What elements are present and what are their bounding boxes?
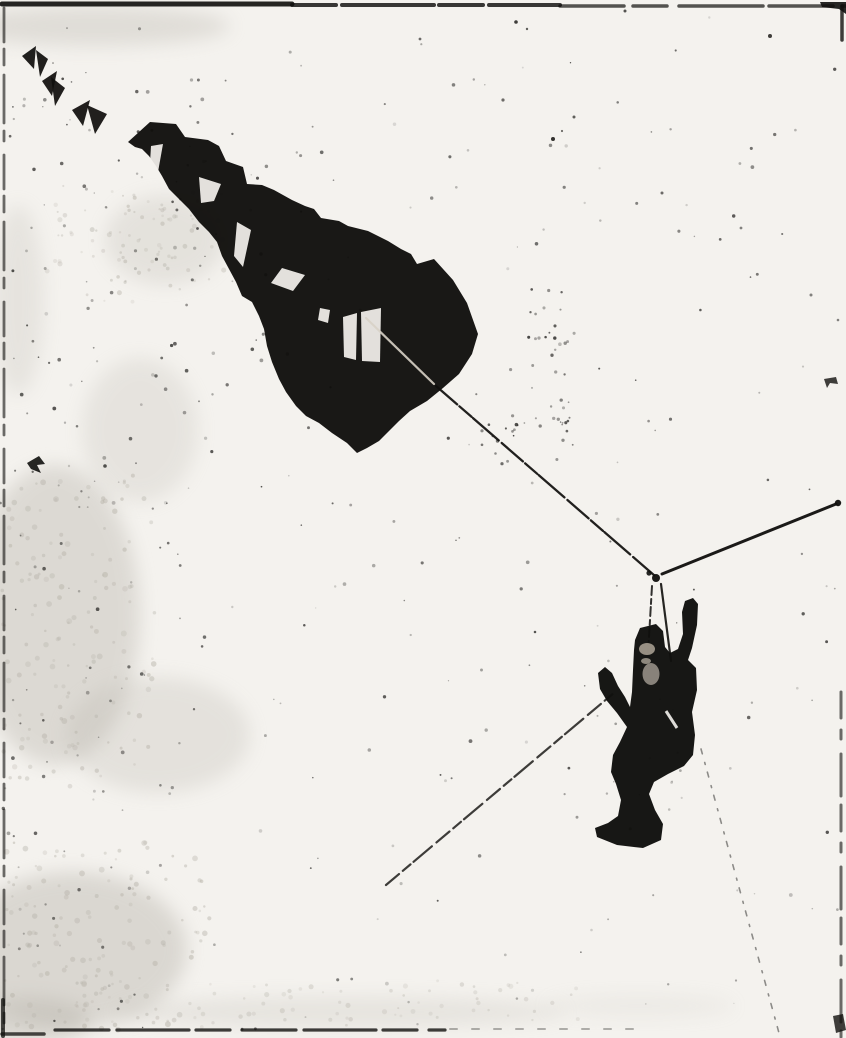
mottle-speck	[69, 231, 72, 234]
grain-speck	[171, 201, 174, 204]
mottle-speck	[44, 577, 49, 582]
grain-speck	[652, 894, 654, 896]
mottle-speck	[28, 573, 31, 576]
mottle-speck	[86, 293, 89, 296]
grain-speck	[140, 672, 144, 676]
ink-dot	[837, 319, 840, 322]
mottle-speck	[117, 258, 121, 262]
ink-dot	[561, 130, 563, 132]
mottle-speck	[15, 561, 19, 565]
mottle-speck	[166, 988, 169, 991]
mottle-speck	[79, 870, 85, 876]
grain-speck	[534, 337, 537, 340]
grain-speck	[590, 929, 593, 932]
grain-speck	[177, 553, 179, 555]
grain-speck	[23, 98, 26, 101]
mottle-speck	[82, 1008, 86, 1012]
grain-speck	[141, 176, 143, 178]
grain-speck	[127, 665, 130, 668]
grain-speck	[500, 462, 503, 465]
grain-speck	[735, 979, 737, 981]
mottle-speck	[35, 656, 40, 661]
mottle-speck	[345, 1024, 348, 1027]
grain-speck	[261, 486, 263, 488]
mottle-speck	[147, 200, 150, 203]
mottle-speck	[131, 300, 135, 304]
grain-speck	[305, 1016, 307, 1018]
mottle-speck	[19, 487, 23, 491]
grain-speck	[833, 68, 836, 71]
grain-speck	[196, 227, 199, 230]
mottle-speck	[439, 1004, 443, 1008]
grain-speck	[517, 246, 518, 247]
mottle-speck	[65, 965, 68, 968]
mottle-speck	[61, 718, 67, 724]
mottle-speck	[95, 769, 99, 773]
mottle-speck	[76, 1005, 79, 1008]
mottle-speck	[76, 1001, 78, 1003]
mottle-speck	[133, 739, 136, 742]
ink-dot	[835, 500, 841, 506]
mottle-speck	[45, 971, 50, 976]
ink-dot	[419, 38, 422, 41]
mottle-speck	[99, 992, 102, 995]
mottle-speck	[125, 677, 128, 680]
mottle-speck	[476, 1001, 480, 1005]
grain-speck	[256, 339, 257, 340]
mottle-speck	[54, 684, 58, 688]
mottle-speck	[80, 766, 84, 770]
grain-speck	[522, 67, 524, 69]
mottle-speck	[57, 211, 59, 213]
grain-speck	[94, 192, 96, 194]
ink-dot	[661, 192, 664, 195]
mottle-speck	[339, 990, 342, 993]
mottle-speck	[192, 856, 198, 862]
ink-dot	[652, 574, 660, 582]
grain-speck	[61, 77, 64, 80]
mottle-speck	[82, 994, 86, 998]
mottle-speck	[74, 496, 79, 501]
mottle-speck	[80, 957, 86, 963]
ink-dot	[526, 28, 528, 30]
mottle-speck	[103, 986, 107, 990]
mottle-speck	[119, 231, 121, 233]
grain-speck	[560, 291, 562, 293]
mottle-speck	[145, 846, 149, 850]
mottle-speck	[576, 1017, 580, 1021]
grain-speck	[458, 537, 460, 539]
mottle-speck	[394, 1014, 396, 1016]
grain-speck	[812, 908, 814, 910]
mottle-speck	[61, 234, 63, 236]
grain-speck	[109, 700, 112, 703]
grain-speck	[584, 685, 586, 687]
mottle-speck	[101, 249, 105, 253]
mottle-speck	[40, 479, 46, 485]
grain-speck	[669, 128, 671, 130]
mottle-speck	[125, 484, 129, 488]
mottle-speck	[92, 255, 95, 258]
mottle-speck	[411, 1009, 416, 1014]
grain-speck	[668, 808, 671, 811]
mottle-speck	[139, 238, 141, 240]
grain-speck	[50, 741, 53, 744]
grain-speck	[128, 887, 131, 890]
grain-speck	[564, 342, 567, 345]
grain-speck	[18, 866, 20, 868]
grain-speck	[134, 249, 137, 252]
grain-speck	[53, 1020, 55, 1022]
mottle-speck	[550, 1001, 554, 1005]
mottle-speck	[71, 743, 75, 747]
grain-speck	[20, 393, 24, 397]
grain-speck	[635, 202, 638, 205]
grain-speck	[448, 680, 449, 681]
grain-speck	[173, 246, 177, 250]
mottle-speck	[152, 961, 157, 966]
grain-speck	[11, 269, 14, 272]
grain-speck	[802, 366, 804, 368]
mottle-speck	[166, 984, 169, 987]
mottle-speck	[153, 611, 157, 615]
grain-speck	[416, 1023, 418, 1025]
mottle-speck	[86, 485, 91, 490]
mottle-speck	[94, 992, 98, 996]
grain-speck	[750, 147, 753, 150]
mottle-speck	[52, 769, 56, 773]
mottle-speck	[181, 919, 184, 922]
mottle-speck	[137, 713, 142, 718]
grain-speck	[159, 547, 161, 549]
grain-speck	[336, 978, 339, 981]
mottle-speck	[59, 584, 65, 590]
grain-speck	[738, 162, 741, 165]
grain-speck	[231, 606, 233, 608]
grain-speck	[667, 983, 669, 985]
grain-speck	[260, 359, 264, 363]
grain-speck	[677, 230, 680, 233]
grain-speck	[537, 336, 540, 339]
grain-speck	[310, 867, 312, 869]
grain-speck	[647, 420, 650, 423]
mottle-speck	[163, 207, 167, 211]
grain-speck	[87, 506, 89, 508]
grain-speck	[747, 716, 751, 720]
grain-speck	[527, 336, 530, 339]
mottle-speck	[134, 882, 139, 887]
grain-speck	[69, 383, 72, 386]
grain-speck	[193, 247, 196, 250]
man-face-highlight	[639, 643, 655, 655]
grain-speck	[562, 406, 565, 409]
mottle-speck	[428, 989, 431, 992]
mottle-speck	[25, 942, 30, 947]
mottle-speck	[33, 604, 37, 608]
mottle-speck	[246, 1011, 251, 1016]
grain-speck	[264, 734, 267, 737]
grain-speck	[767, 479, 770, 482]
grain-speck	[44, 903, 46, 905]
mottle-speck	[264, 992, 269, 997]
grain-speck	[332, 502, 334, 504]
grain-speck	[102, 456, 106, 460]
grain-speck	[377, 918, 379, 920]
grain-speck	[146, 90, 150, 94]
mottle-speck	[151, 661, 157, 667]
grain-speck	[14, 470, 16, 472]
grain-speck	[92, 798, 94, 800]
grain-speck	[616, 585, 618, 587]
grain-speck	[189, 105, 191, 107]
mottle-speck	[59, 916, 63, 920]
mottle-speck	[199, 939, 202, 942]
grain-speck	[204, 437, 207, 440]
mottle-speck	[49, 542, 52, 545]
mottle-speck	[127, 918, 132, 923]
grain-speck	[105, 206, 108, 209]
mottle-speck	[119, 251, 122, 254]
grain-speck	[43, 98, 47, 102]
grain-speck	[568, 767, 571, 770]
grain-speck	[754, 893, 755, 894]
mottle-speck	[120, 497, 123, 500]
mottle-speck	[335, 1012, 339, 1016]
mottle-speck	[91, 654, 96, 659]
grain-speck	[185, 369, 189, 373]
grain-speck	[108, 984, 111, 987]
grain-speck	[481, 443, 484, 446]
grain-speck	[42, 106, 43, 107]
grain-speck	[568, 417, 570, 419]
mottle-speck	[50, 664, 56, 670]
mottle-speck	[100, 500, 104, 504]
grain-speck	[729, 767, 732, 770]
mottle-speck	[190, 215, 192, 217]
mottle-speck	[193, 1016, 196, 1019]
mottle-speck	[34, 574, 39, 579]
grain-speck	[135, 90, 138, 93]
mottle-speck	[192, 906, 197, 911]
mottle-speck	[54, 855, 57, 858]
mottle-speck	[132, 194, 135, 197]
mottle-speck	[46, 601, 52, 607]
mottle-speck	[112, 509, 117, 514]
grain-speck	[488, 423, 491, 426]
mottle-speck	[160, 203, 163, 206]
grain-speck	[32, 471, 34, 473]
mottle-speck	[39, 973, 44, 978]
grain-speck	[97, 1008, 99, 1010]
ink-dot	[810, 294, 813, 297]
grain-speck	[392, 845, 395, 848]
mottle-speck	[28, 765, 32, 769]
mottle-speck	[172, 1018, 177, 1023]
mottle-speck	[99, 775, 102, 778]
grain-speck	[751, 165, 755, 169]
mottle-speck	[166, 267, 170, 271]
grain-speck	[60, 542, 63, 545]
mottle-speck	[27, 1002, 33, 1008]
grain-speck	[573, 332, 576, 335]
mottle-speck	[158, 251, 160, 253]
mottle-speck	[74, 918, 80, 924]
grain-speck	[564, 144, 567, 147]
mottle-speck	[175, 215, 179, 219]
ink-dot	[103, 464, 107, 468]
grain-speck	[516, 997, 518, 999]
grain-speck	[607, 918, 609, 920]
mottle-patch	[66, 677, 250, 793]
grain-speck	[517, 424, 519, 426]
grain-speck	[534, 631, 537, 634]
grain-speck	[550, 354, 553, 357]
mottle-speck	[147, 673, 151, 677]
mottle-speck	[64, 750, 68, 754]
mottle-speck	[107, 879, 110, 882]
grain-speck	[96, 360, 98, 362]
mottle-speck	[95, 715, 99, 719]
mottle-speck	[107, 741, 109, 743]
photograph-canvas	[0, 0, 846, 1038]
grain-speck	[552, 417, 555, 420]
grain-speck	[513, 435, 515, 437]
mottle-speck	[186, 268, 190, 272]
grain-speck	[789, 893, 793, 897]
grain-speck	[78, 506, 80, 508]
grain-speck	[121, 688, 123, 690]
grain-speck	[77, 888, 80, 891]
mottle-speck	[156, 253, 159, 256]
grain-speck	[560, 398, 563, 401]
grain-speck	[570, 62, 571, 63]
mottle-speck	[73, 643, 76, 646]
kite-vent-window	[361, 308, 381, 362]
mottle-speck	[35, 865, 37, 867]
mottle-speck	[436, 979, 439, 982]
mottle-speck	[191, 950, 195, 954]
grain-speck	[530, 288, 533, 291]
mottle-speck	[137, 271, 141, 275]
grain-speck	[430, 196, 433, 199]
grain-speck	[473, 78, 475, 80]
grain-speck	[101, 946, 104, 949]
grain-speck	[42, 567, 46, 571]
grain-speck	[122, 809, 124, 811]
grain-speck	[46, 761, 48, 763]
mottle-speck	[152, 218, 155, 221]
mottle-speck	[322, 991, 324, 993]
mottle-speck	[43, 850, 48, 855]
grain-speck	[307, 426, 310, 429]
mottle-speck	[24, 902, 29, 907]
mottle-speck	[200, 880, 204, 884]
mottle-speck	[87, 610, 90, 613]
grain-speck	[22, 104, 25, 107]
mottle-speck	[17, 673, 22, 678]
grain-speck	[167, 542, 170, 545]
mottle-speck	[164, 878, 167, 881]
grain-speck	[676, 622, 677, 623]
grain-speck	[597, 625, 599, 627]
mottle-speck	[62, 185, 64, 187]
grain-speck	[681, 797, 683, 799]
grain-speck	[211, 393, 213, 395]
mottle-speck	[44, 630, 47, 633]
grain-speck	[557, 418, 560, 421]
grain-speck	[809, 489, 811, 491]
mottle-speck	[201, 1012, 206, 1017]
mottle-speck	[84, 209, 86, 211]
mottle-speck	[122, 195, 124, 197]
mottle-speck	[97, 956, 101, 960]
mottle-speck	[291, 1008, 295, 1012]
grain-speck	[440, 774, 442, 776]
grain-speck	[197, 79, 200, 82]
mottle-speck	[33, 673, 36, 676]
ink-dot	[573, 116, 576, 119]
mottle-speck	[80, 981, 83, 984]
grain-speck	[130, 581, 132, 583]
mottle-speck	[53, 496, 59, 502]
grain-speck	[524, 422, 526, 424]
mottle-speck	[95, 229, 97, 231]
grain-speck	[567, 420, 570, 423]
mottle-speck	[92, 660, 96, 664]
grain-speck	[85, 677, 87, 679]
mottle-speck	[146, 687, 152, 693]
grain-speck	[566, 430, 569, 433]
mottle-speck	[211, 1021, 214, 1024]
mottle-speck	[57, 217, 62, 222]
grain-speck	[203, 635, 206, 638]
grain-speck	[520, 587, 523, 590]
mottle-speck	[7, 526, 12, 531]
grain-speck	[560, 421, 561, 422]
mottle-speck	[70, 957, 75, 962]
mottle-speck	[34, 932, 37, 935]
mottle-speck	[64, 890, 70, 896]
mottle-speck	[39, 509, 42, 512]
mottle-speck	[32, 913, 38, 919]
mottle-speck	[252, 1012, 256, 1016]
grain-speck	[71, 81, 73, 83]
mottle-speck	[31, 613, 34, 616]
mottle-speck	[9, 910, 14, 915]
grain-speck	[155, 258, 158, 261]
grain-speck	[164, 387, 168, 391]
mottle-patch	[82, 358, 198, 502]
grain-speck	[531, 482, 534, 485]
grain-speck	[251, 348, 255, 352]
grain-speck	[349, 504, 352, 507]
grain-speck	[200, 98, 204, 102]
mottle-speck	[27, 578, 30, 581]
mottle-speck	[54, 203, 58, 207]
mottle-speck	[283, 1018, 286, 1021]
grain-speck	[758, 392, 760, 394]
mottle-speck	[25, 661, 31, 667]
grain-speck	[404, 600, 406, 602]
mottle-speck	[108, 558, 112, 562]
man-chin-highlight	[641, 658, 651, 664]
mottle-speck	[171, 257, 174, 260]
mottle-speck	[149, 676, 154, 681]
mottle-speck	[5, 659, 10, 664]
grain-speck	[296, 151, 298, 153]
mottle-speck	[58, 705, 63, 710]
mottle-speck	[33, 905, 36, 908]
